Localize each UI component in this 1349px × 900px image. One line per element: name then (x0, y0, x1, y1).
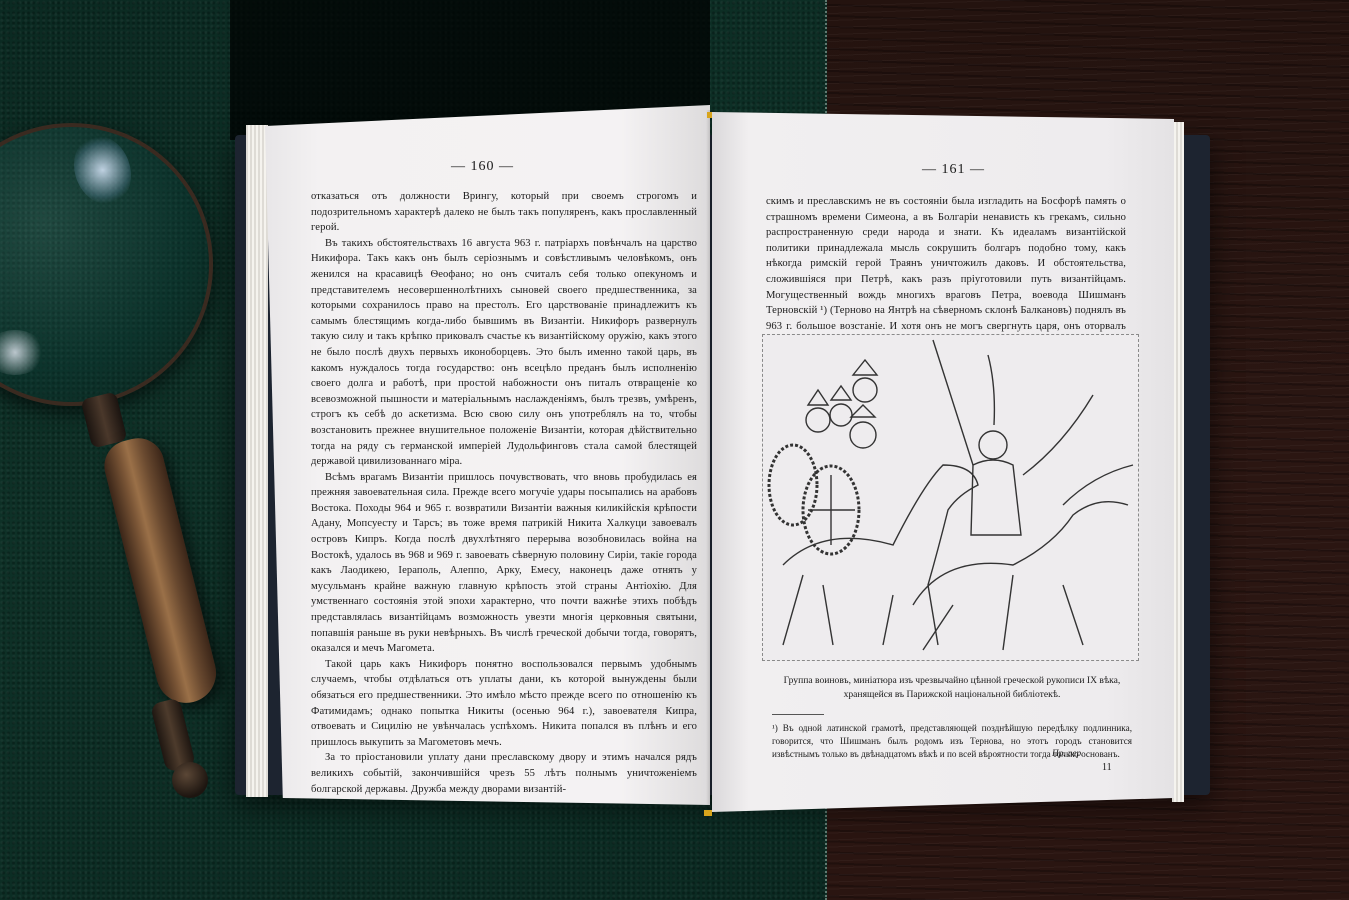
footnote-signature: Пр. пер. (1052, 748, 1083, 758)
paragraph: Такой царь какъ Никифоръ понятно восполь… (311, 657, 697, 751)
page-number-right: — 161 — (922, 162, 985, 178)
headband-bottom (704, 810, 712, 816)
page-number-left: — 160 — (451, 159, 514, 175)
paragraph: скимъ и преславскимъ не въ состояніи был… (766, 194, 1126, 350)
paragraph: Всѣмъ врагамъ Византіи пришлось почувств… (311, 470, 697, 657)
footnote-divider (772, 714, 824, 715)
photo-scene: — 160 — отказаться отъ должности Врингу,… (0, 0, 1349, 900)
left-page-body: отказаться отъ должности Врингу, который… (311, 189, 697, 797)
page-edges-left (246, 125, 268, 797)
engraving-illustration (762, 334, 1139, 661)
signature-mark: 11 (1102, 762, 1112, 773)
left-page: — 160 — отказаться отъ должности Врингу,… (265, 105, 710, 805)
paragraph: отказаться отъ должности Врингу, который… (311, 189, 697, 236)
figure-caption: Группа воиновъ, миніатюра изъ чрезвычайн… (772, 674, 1132, 702)
warriors-engraving-icon (763, 335, 1138, 660)
paragraph: Въ такихъ обстоятельствахъ 16 августа 96… (311, 236, 697, 470)
paragraph: За то пріостановили уплату дани преславс… (311, 750, 697, 797)
right-page: — 161 — скимъ и преславскимъ не въ состо… (712, 112, 1174, 812)
right-page-body: скимъ и преславскимъ не въ состояніи был… (766, 194, 1126, 350)
magnifier-knob (172, 762, 208, 798)
